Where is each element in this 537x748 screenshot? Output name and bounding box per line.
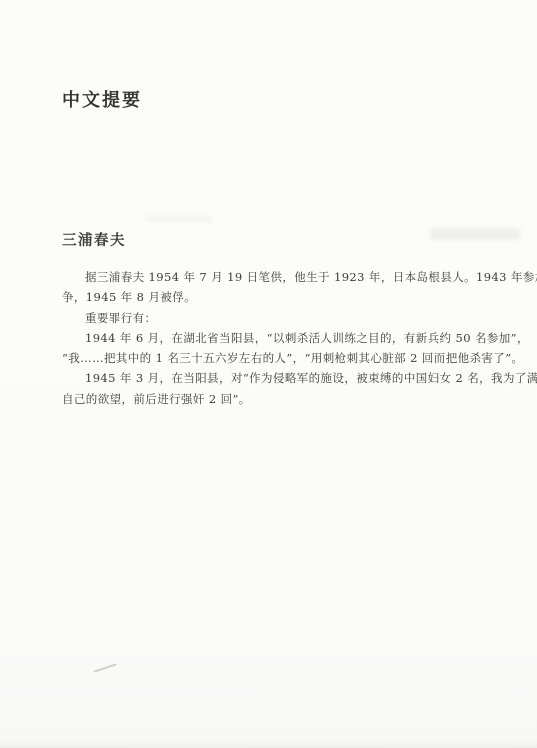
body-line: 重要罪行有：	[62, 308, 524, 328]
scan-smudge	[146, 216, 212, 222]
scan-bleedthrough-smudge	[430, 228, 520, 240]
person-name-heading: 三浦春夫	[62, 229, 126, 250]
body-line: 1944 年 6 月，在湖北省当阳县，“以刺杀活人训练之目的，有新兵约 50 名…	[62, 328, 524, 348]
scanned-page: 中文提要 三浦春夫 据三浦春夫 1954 年 7 月 19 日笔供，他生于 19…	[0, 0, 537, 748]
body-line: 据三浦春夫 1954 年 7 月 19 日笔供，他生于 1923 年，日本岛根县…	[62, 267, 524, 287]
page-title: 中文提要	[62, 86, 142, 112]
body-line: 1945 年 3 月，在当阳县，对“作为侵略军的施设，被束缚的中国妇女 2 名，…	[62, 368, 524, 388]
body-line: 自己的欲望，前后进行强奸 2 回”。	[62, 389, 524, 409]
body-line: “我……把其中的 1 名三十五六岁左右的人”，“用刺枪刺其心脏部 2 回而把他杀…	[62, 348, 524, 368]
pencil-mark	[93, 663, 116, 672]
body-line: 争，1945 年 8 月被俘。	[62, 287, 524, 307]
body-text-block: 据三浦春夫 1954 年 7 月 19 日笔供，他生于 1923 年，日本岛根县…	[62, 267, 524, 409]
